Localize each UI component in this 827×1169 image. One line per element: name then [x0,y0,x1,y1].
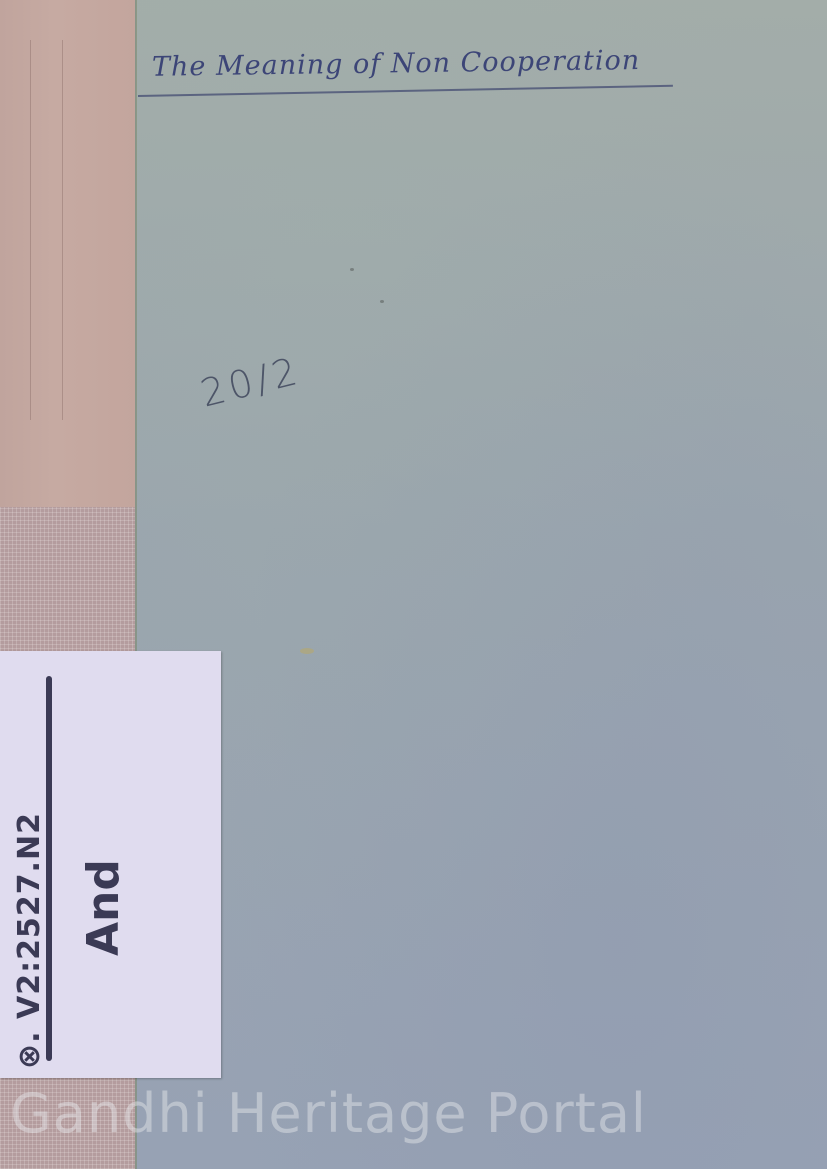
author-code: And [78,756,128,956]
paper-stain [300,648,314,654]
label-divider [46,676,52,1061]
spine-crease [30,40,31,420]
call-number: ⊗. V2:2527.N2 [12,669,42,1069]
spine-crease [62,40,63,420]
library-spine-label: ⊗. V2:2527.N2 And [0,651,221,1078]
paper-speck [380,300,384,303]
spine-paper-strip [0,0,135,507]
paper-speck [350,268,354,271]
book-cover [136,0,827,1169]
watermark: Gandhi Heritage Portal [10,1082,820,1145]
